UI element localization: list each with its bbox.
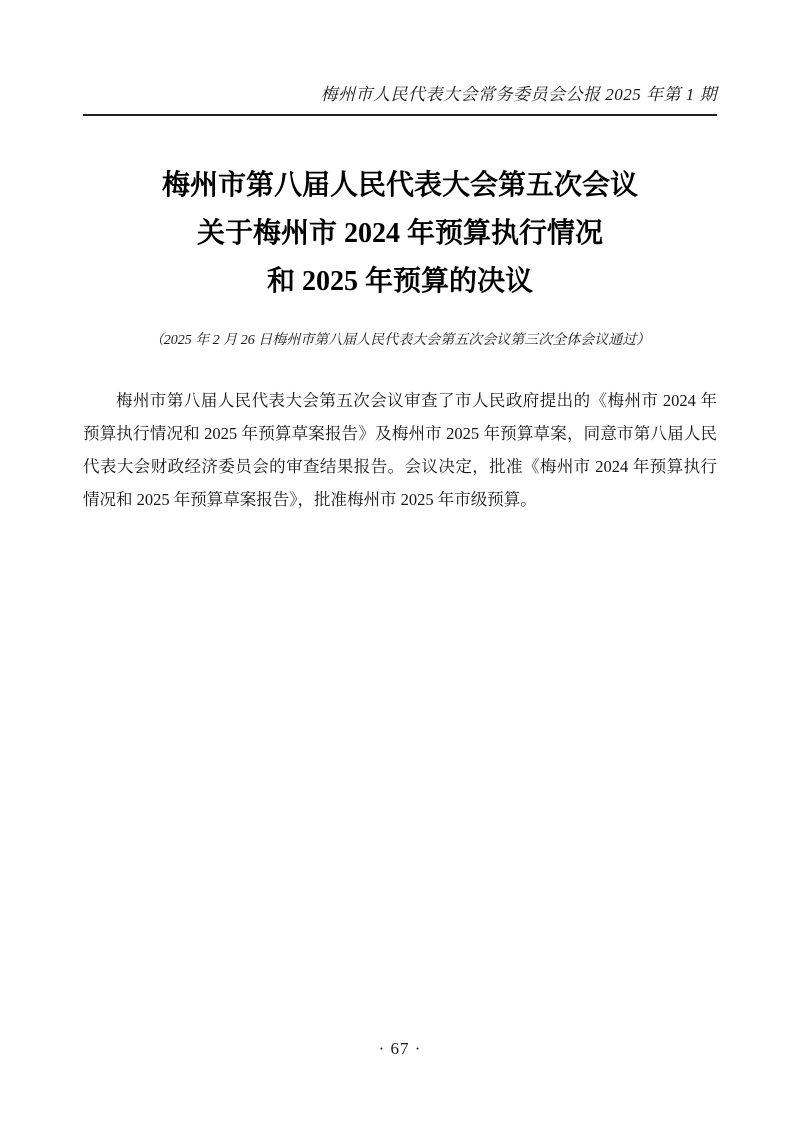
document-title: 梅州市第八届人民代表大会第五次会议 关于梅州市 2024 年预算执行情况 和 2… [83, 162, 717, 306]
document-title-line-1: 梅州市第八届人民代表大会第五次会议 [83, 162, 717, 210]
document-title-line-3: 和 2025 年预算的决议 [83, 258, 717, 306]
document-title-line-2: 关于梅州市 2024 年预算执行情况 [83, 210, 717, 258]
page-number: · 67 · [83, 1038, 717, 1060]
resolution-body-paragraph: 梅州市第八届人民代表大会第五次会议审查了市人民政府提出的《梅州市 2024 年预… [83, 384, 717, 516]
gazette-document-page: 梅州市人民代表大会常务委员会公报 2025 年第 1 期 梅州市第八届人民代表大… [0, 0, 793, 1122]
header-rule [83, 114, 717, 116]
running-header: 梅州市人民代表大会常务委员会公报 2025 年第 1 期 [83, 83, 717, 107]
adoption-note: （2025 年 2 月 26 日梅州市第八届人民代表大会第五次会议第三次全体会议… [83, 330, 717, 352]
